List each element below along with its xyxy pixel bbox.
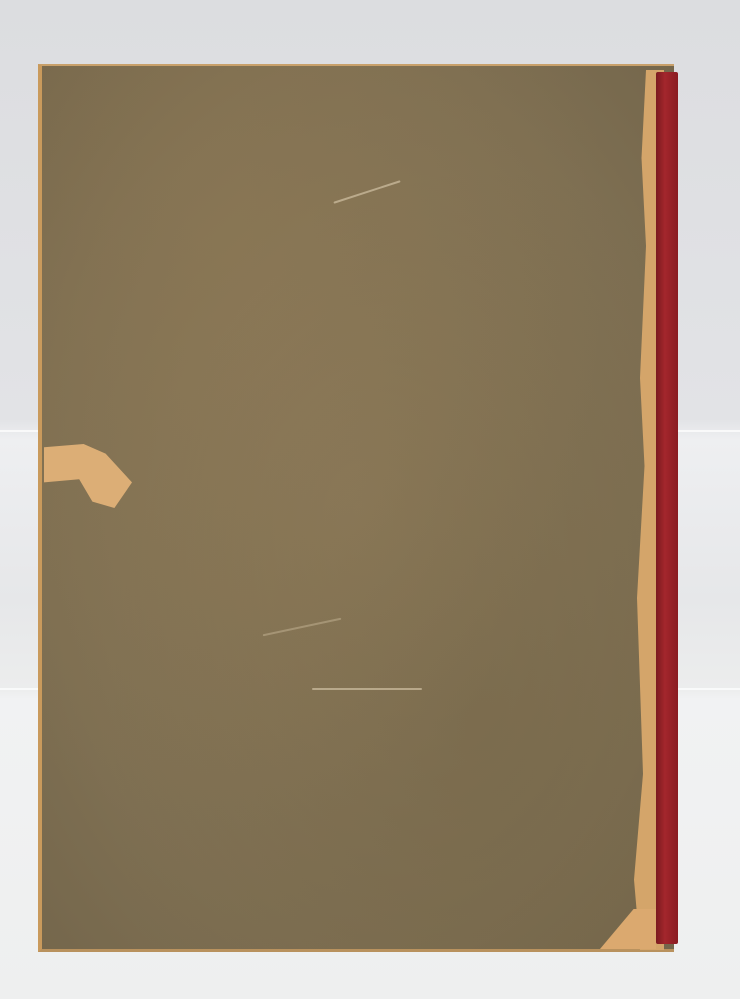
book-back-cover	[38, 64, 674, 952]
scuff-mark	[263, 618, 342, 637]
book	[38, 64, 678, 952]
scuff-mark	[312, 688, 422, 690]
red-cloth-spine	[656, 72, 678, 944]
scuff-mark	[333, 180, 400, 204]
